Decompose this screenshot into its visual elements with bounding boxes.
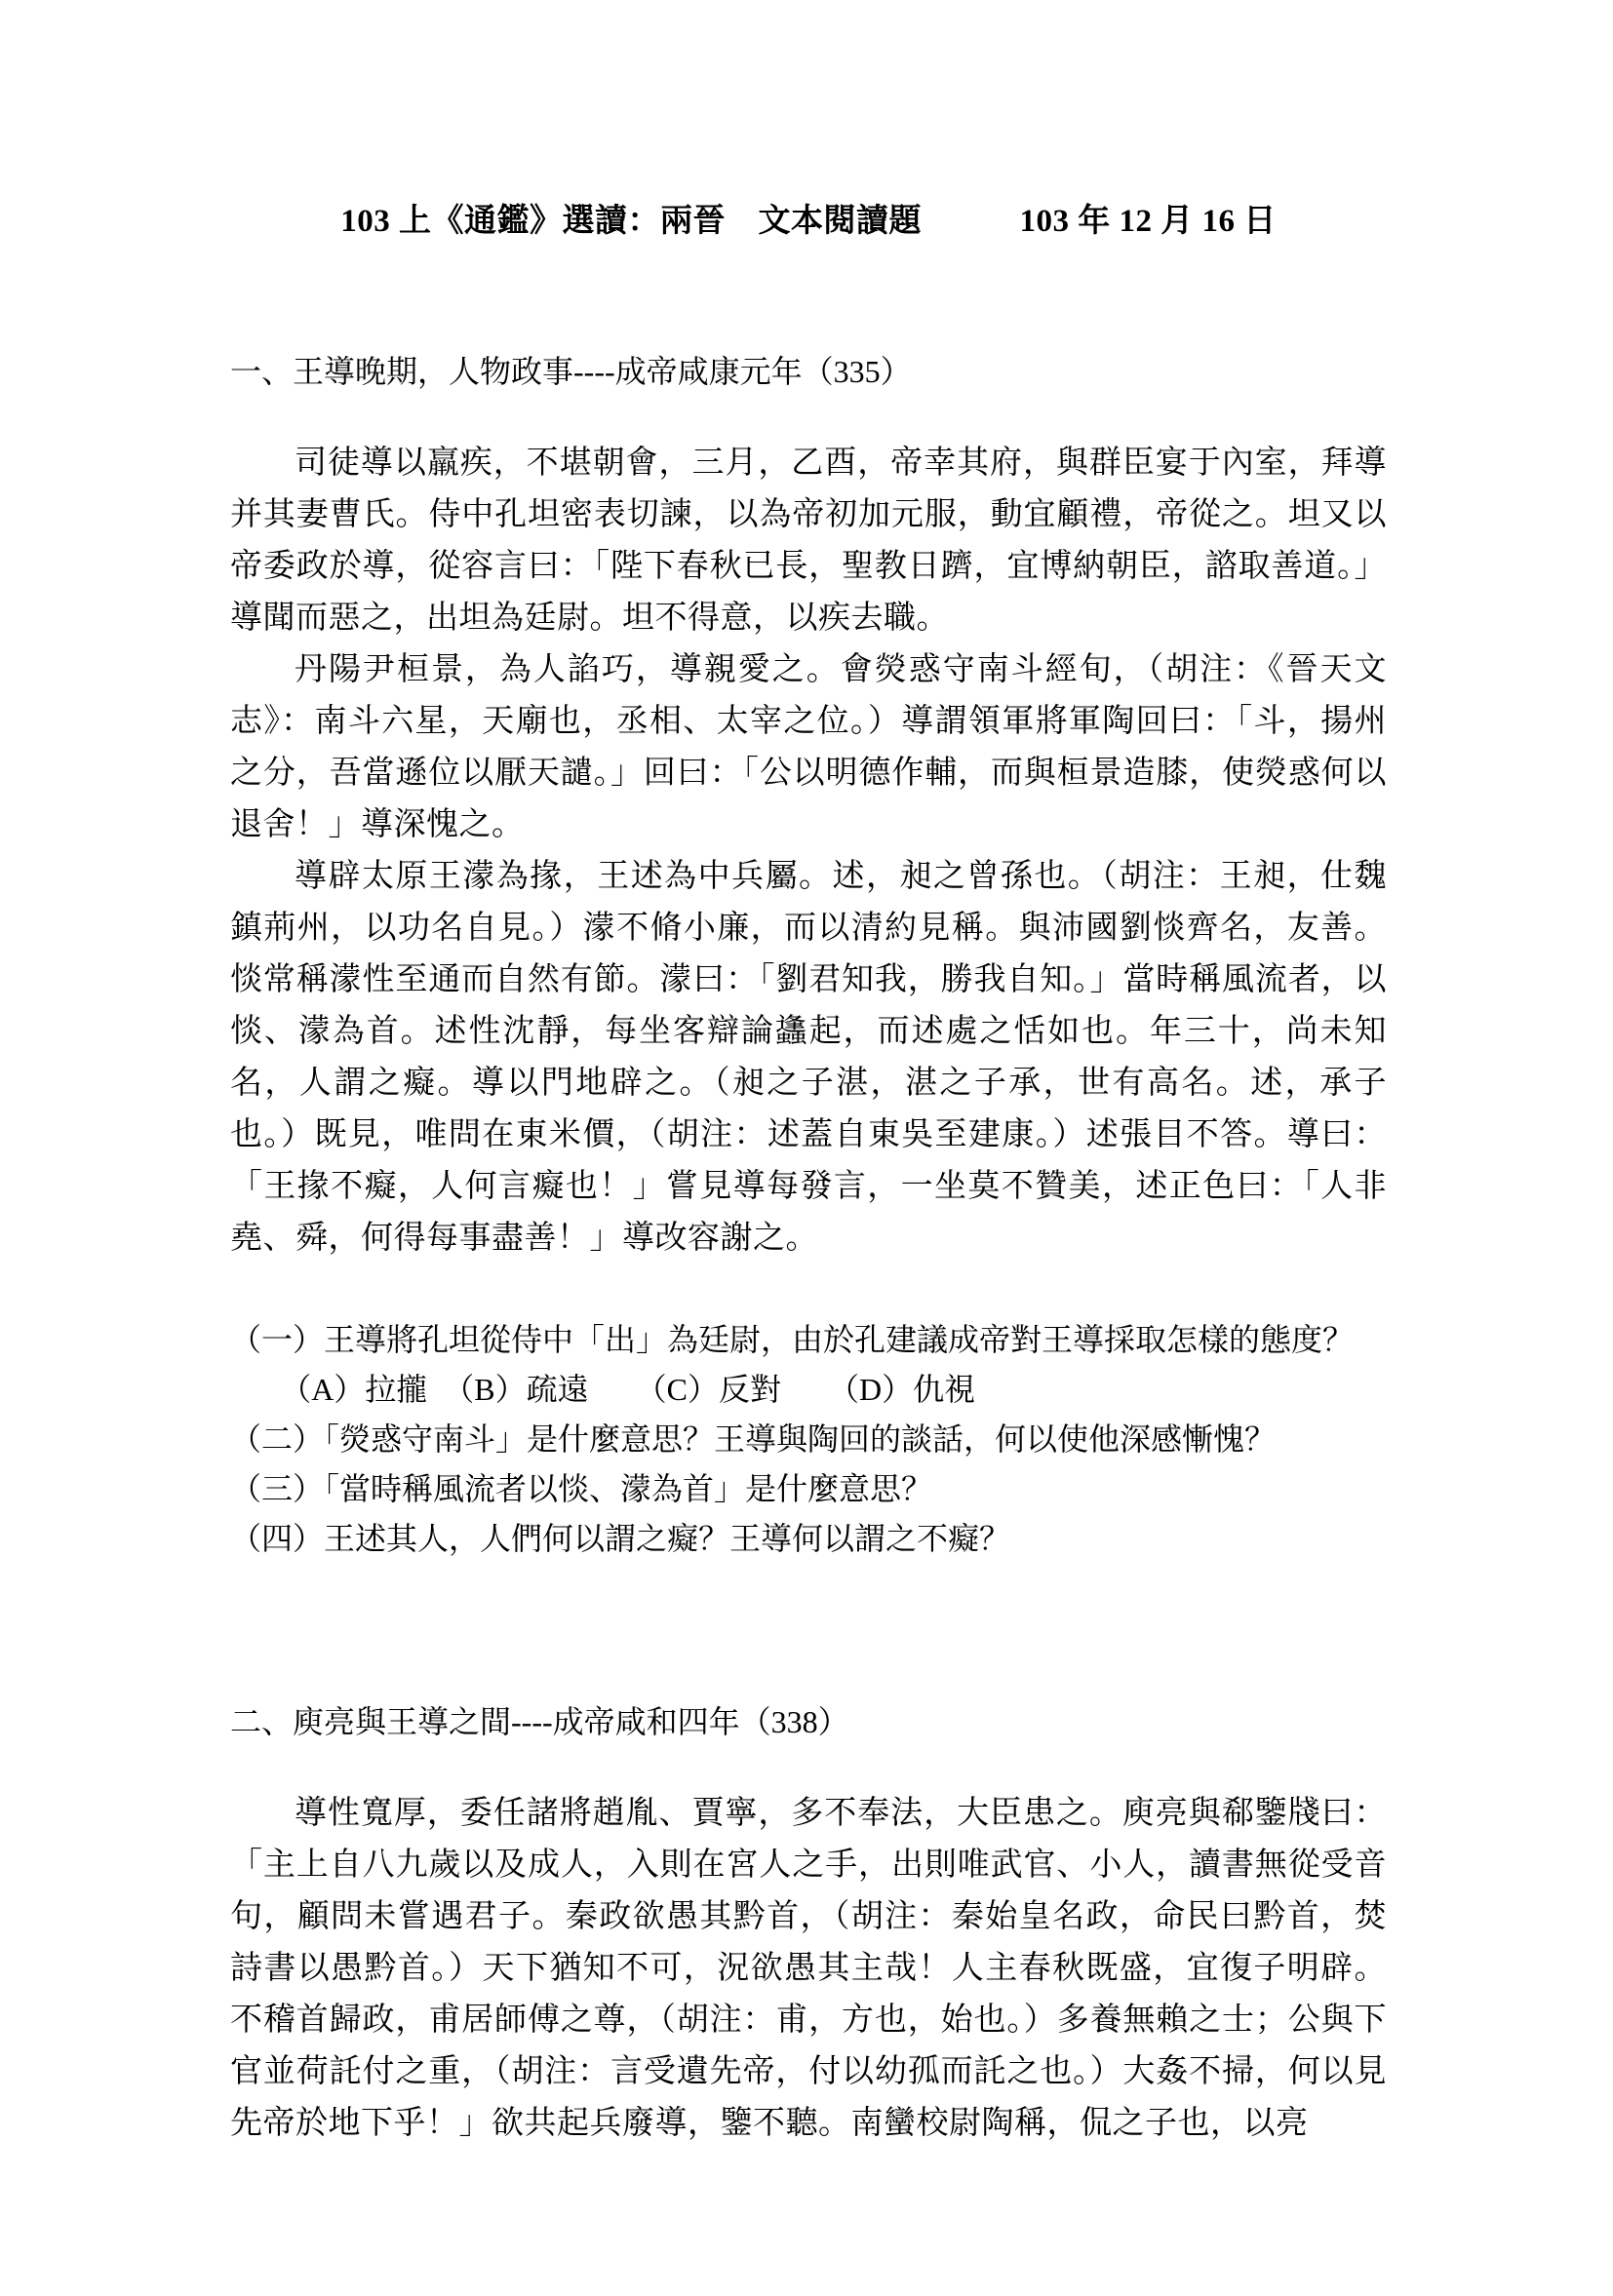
section-2-body: 導性寬厚，委任諸將趙胤、賈寧，多不奉法，大臣患之。庾亮與郗鑒牋曰：「主上自八九歲… [230,1788,1387,2150]
paragraph: 司徒導以羸疾，不堪朝會，三月，乙酉，帝幸其府，與群臣宴于內室，拜導并其妻曹氏。侍… [230,438,1387,644]
question-item-4: （四）王述其人，人們何以謂之癡？王導何以謂之不癡？ [230,1514,1387,1564]
section-2: 二、庾亮與王導之間----成帝咸和四年（338） 導性寬厚，委任諸將趙胤、賈寧，… [230,1700,1387,2150]
question-item-1: （一）王導將孔坦從侍中「出」為廷尉，由於孔建議成帝對王導採取怎樣的態度？ [230,1315,1387,1365]
section-1: 一、王導晚期，人物政事----成帝咸康元年（335） 司徒導以羸疾，不堪朝會，三… [230,350,1387,1564]
paragraph: 導辟太原王濛為掾，王述為中兵屬。述，昶之曾孫也。（胡注：王昶，仕魏鎮荊州，以功名… [230,851,1387,1265]
paragraph: 導性寬厚，委任諸將趙胤、賈寧，多不奉法，大臣患之。庾亮與郗鑒牋曰：「主上自八九歲… [230,1788,1387,2150]
question-item-2: （二）「熒惑守南斗」是什麼意思？王導與陶回的談話，何以使他深感慚愧？ [230,1415,1387,1464]
section-2-heading: 二、庾亮與王導之間----成帝咸和四年（338） [230,1700,1387,1743]
document-title: 103 上《通鑑》選讀：兩晉 文本閱讀題 103 年 12 月 16 日 [230,195,1387,241]
question-item-3: （三）「當時稱風流者以惔、濛為首」是什麼意思？ [230,1464,1387,1514]
section-1-heading: 一、王導晚期，人物政事----成帝咸康元年（335） [230,350,1387,393]
question-1-options: （A）拉攏 （B）疏遠 （C）反對 （D）仇視 [230,1365,1387,1415]
question-list: （一）王導將孔坦從侍中「出」為廷尉，由於孔建議成帝對王導採取怎樣的態度？ （A）… [230,1315,1387,1564]
paragraph: 丹陽尹桓景，為人諂巧，導親愛之。會熒惑守南斗經旬，（胡注：《晉天文志》：南斗六星… [230,644,1387,851]
document-page: 103 上《通鑑》選讀：兩晉 文本閱讀題 103 年 12 月 16 日 一、王… [0,0,1613,2296]
section-1-body: 司徒導以羸疾，不堪朝會，三月，乙酉，帝幸其府，與群臣宴于內室，拜導并其妻曹氏。侍… [230,438,1387,1265]
